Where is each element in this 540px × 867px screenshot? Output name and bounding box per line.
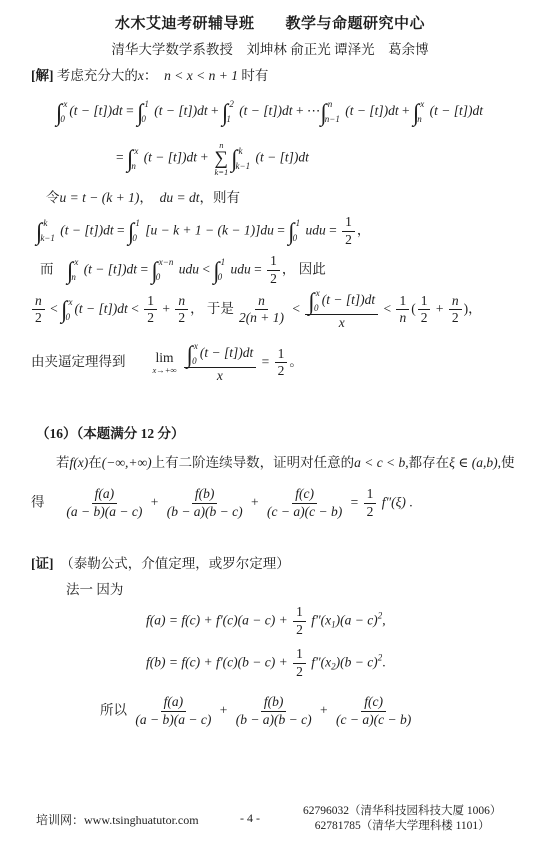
integral: ∫x0 xyxy=(56,99,67,125)
integral-icon: ∫ xyxy=(231,146,237,170)
problem-16-heading: （16）（本题满分 12 分） xyxy=(36,426,185,443)
integral-icon: ∫ xyxy=(56,100,62,124)
integral: ∫xn xyxy=(67,257,78,283)
header-authors: 清华大学数学系教授 刘坤林 俞正光 谭泽光 葛余博 xyxy=(0,38,540,58)
fraction: f(a)(a − b)(a − c) xyxy=(132,694,214,729)
fraction: f(a)(a − b)(a − c) xyxy=(63,486,145,521)
fraction: f(b)(b − a)(b − c) xyxy=(164,486,246,521)
integral-icon: ∫ xyxy=(127,146,133,170)
integral: ∫xn xyxy=(127,146,138,172)
integral: ∫10 xyxy=(213,257,225,283)
integral: ∫nn−1 xyxy=(320,99,339,125)
footer-website: 培训网：www.tsinghuatutor.com xyxy=(36,811,199,828)
footer-contact-line-2: 62781785（清华大学理科楼 1101） xyxy=(303,819,501,834)
integral-icon: ∫ xyxy=(128,219,134,243)
fraction: 12 xyxy=(293,604,306,639)
fraction: 12 xyxy=(418,293,431,328)
summation-icon: ∑ xyxy=(215,150,229,168)
fraction: ∫x0(t − [t])dtx xyxy=(184,341,257,385)
fraction: 12 xyxy=(144,293,157,328)
summation: n∑k=1 xyxy=(214,141,228,176)
integral-icon: ∫ xyxy=(151,258,157,282)
footer-contacts: 62796032（清华科技园科技大厦 1006） 62781785（清华大学理科… xyxy=(303,804,501,834)
equation-to-prove: 得 f(a)(a − b)(a − c) + f(b)(b − a)(b − c… xyxy=(31,486,413,521)
integral-icon: ∫ xyxy=(320,100,326,124)
integral-icon: ∫ xyxy=(137,100,143,124)
fraction: 12 xyxy=(342,214,355,249)
equation-split-integral-1: ∫x0(t − [t])dt = ∫10 (t − [t])dt + ∫21 (… xyxy=(56,99,483,125)
fraction: ∫x0(t − [t])dtx xyxy=(305,288,378,332)
fraction: n2(n + 1) xyxy=(236,293,287,328)
integral: ∫xn xyxy=(413,99,424,125)
equation-taylor-a: f(a) = f(c) + f′(c)(a − c) + 12 f″(x1)(a… xyxy=(146,604,386,639)
equation-unit-integral: ∫kk−1 (t − [t])dt = ∫10 [u − k + 1 − (k … xyxy=(36,214,370,249)
footer-contact-line-1: 62796032（清华科技园科技大厦 1006） xyxy=(303,804,501,819)
equation-therefore-sum: 所以 f(a)(a − b)(a − c) + f(b)(b − a)(b − … xyxy=(100,694,416,729)
fraction: n2 xyxy=(32,293,45,328)
fraction: f(b)(b − a)(b − c) xyxy=(233,694,315,729)
page-number: - 4 - xyxy=(240,811,260,826)
fraction: 12 xyxy=(364,486,377,521)
document-page: 水木艾迪考研辅导班 教学与命题研究中心 清华大学数学系教授 刘坤林 俞正光 谭泽… xyxy=(0,0,540,867)
fraction: 12 xyxy=(275,346,288,381)
integral-icon: ∫ xyxy=(61,298,67,322)
fraction: f(c)(c − a)(c − b) xyxy=(264,486,345,521)
equation-taylor-b: f(b) = f(c) + f′(c)(b − c) + 12 f″(x2)(b… xyxy=(146,646,386,681)
fraction: n2 xyxy=(449,293,462,328)
substitution-line: 令u = t − (k + 1)， du = dt，则有 xyxy=(46,190,240,207)
equation-inequality: n2 < ∫x0(t − [t])dt < 12 + n2， 于是n2(n + … xyxy=(30,288,482,332)
integral: ∫10 xyxy=(288,218,300,244)
integral: ∫kk−1 xyxy=(231,146,250,172)
integral: ∫x0 xyxy=(187,341,198,367)
equation-squeeze-limit: 由夹逼定理得到 limx→+∞∫x0(t − [t])dtx = 12。 xyxy=(31,341,303,385)
integral: ∫10 xyxy=(137,99,149,125)
integral-icon: ∫ xyxy=(36,219,42,243)
integral-icon: ∫ xyxy=(288,219,294,243)
integral-icon: ∫ xyxy=(222,100,228,124)
integral: ∫kk−1 xyxy=(36,218,55,244)
solution-label-line: [解] 考虑充分大的x： n < x < n + 1 时有 xyxy=(31,68,268,85)
integral-icon: ∫ xyxy=(213,258,219,282)
equation-split-integral-2: = ∫xn (t − [t])dt + n∑k=1∫kk−1 (t − [t])… xyxy=(116,141,309,176)
fraction: f(c)(c − a)(c − b) xyxy=(333,694,414,729)
equation-tail-integral: 而 ∫xn (t − [t])dt = ∫x−n0 udu < ∫10 udu … xyxy=(40,253,326,288)
integral-icon: ∫ xyxy=(67,258,73,282)
footer-website-label: 培训网： xyxy=(36,813,84,827)
fraction: 12 xyxy=(267,253,280,288)
integral: ∫21 xyxy=(222,99,234,125)
limit: limx→+∞ xyxy=(153,351,177,374)
integral: ∫x0 xyxy=(308,288,319,314)
problem-16-statement: 若f(x)在(−∞,+∞)上有二阶连续导数，证明对任意的a < c < b,都存… xyxy=(56,455,514,472)
integral-icon: ∫ xyxy=(413,100,419,124)
footer-website-url: www.tsinghuatutor.com xyxy=(84,813,199,827)
fraction: 12 xyxy=(293,646,306,681)
fraction: n2 xyxy=(175,293,188,328)
integral-icon: ∫ xyxy=(187,342,193,366)
proof-label-line: [证] （泰勒公式，介值定理，或罗尔定理） xyxy=(31,556,290,573)
integral-icon: ∫ xyxy=(308,289,314,313)
integral: ∫10 xyxy=(128,218,140,244)
integral: ∫x0 xyxy=(61,297,72,323)
page-title: 水木艾迪考研辅导班 教学与命题研究中心 xyxy=(0,12,540,33)
integral: ∫x−n0 xyxy=(151,257,173,283)
fraction: 1n xyxy=(396,293,409,328)
method-one-line: 法一 因为 xyxy=(66,582,123,599)
